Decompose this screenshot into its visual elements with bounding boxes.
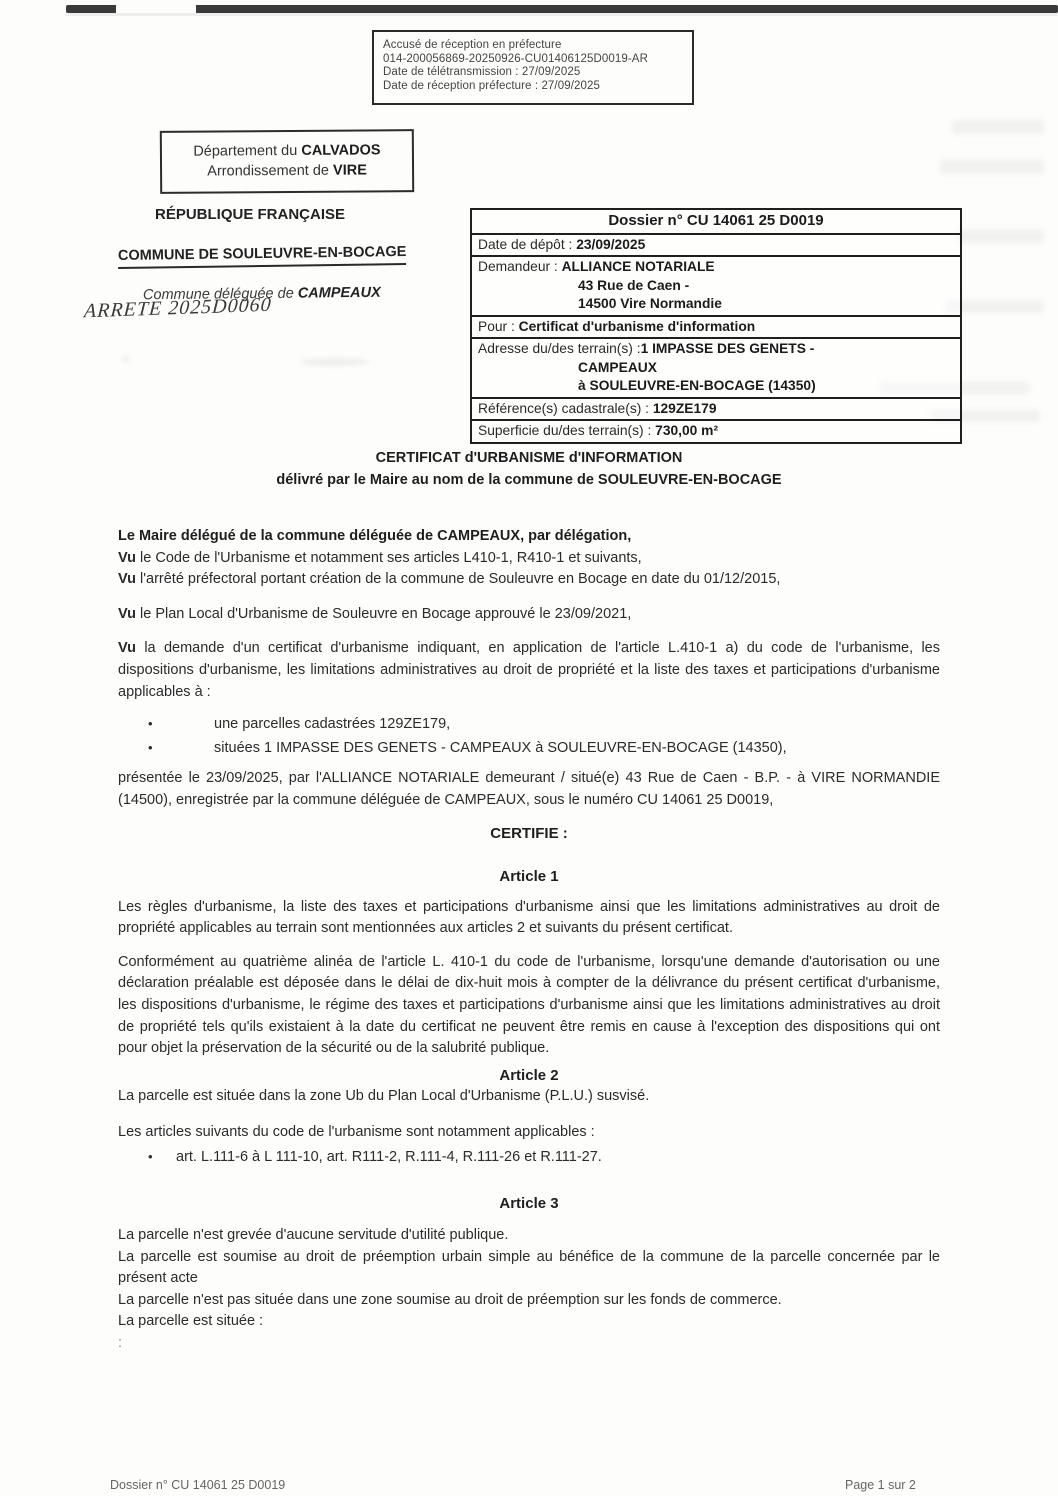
scan-smudge [122, 356, 130, 362]
scan-top-edge-shadow [66, 13, 1058, 16]
article-2-paragraph-2: Les articles suivants du code de l'urban… [118, 1122, 940, 1144]
department-name: CALVADOS [301, 142, 380, 159]
bleed-through-artifact [952, 120, 1044, 134]
commune-heading: COMMUNE DE SOULEUVRE-EN-BOCAGE [118, 244, 407, 269]
table-row-pour: Pour : Certificat d'urbanisme d'informat… [472, 315, 960, 338]
adresse-line2: CAMPEAUX [478, 359, 954, 378]
vu-line-4: Vu la demande d'un certificat d'urbanism… [118, 638, 940, 703]
list-item: •situées 1 IMPASSE DES GENETS - CAMPEAUX… [118, 736, 940, 760]
stamp-line: 014-200056869-20250926-CU01406125D0019-A… [383, 53, 683, 67]
date-depot-label: Date de dépôt : [478, 237, 576, 252]
reference-value: 129ZE179 [653, 401, 717, 416]
bleed-through-artifact [940, 160, 1044, 174]
department-line: Département du CALVADOS [164, 140, 410, 162]
arrondissement-line: Arrondissement de VIRE [164, 160, 410, 182]
dossier-number-header: Dossier n° CU 14061 25 D0019 [472, 210, 960, 233]
adresse-line1: Adresse du/des terrain(s) :1 IMPASSE DES… [478, 340, 954, 359]
article-3-heading: Article 3 [118, 1193, 940, 1215]
vu-line-1: Vu le Code de l'Urbanisme et notamment s… [118, 548, 940, 570]
department-box: Département du CALVADOS Arrondissement d… [160, 129, 414, 194]
demandeur-line1: Demandeur : ALLIANCE NOTARIALE [478, 258, 954, 277]
parcel-bullet-list: •une parcelles cadastrées 129ZE179, •sit… [118, 712, 940, 760]
prefecture-reception-stamp: Accusé de réception en préfecture 014-20… [372, 30, 694, 105]
article-3-paragraph-4: La parcelle est située : [118, 1311, 940, 1333]
article-2-heading: Article 2 [118, 1065, 940, 1087]
bullet-icon: • [148, 736, 162, 760]
article-2-paragraph-1: La parcelle est située dans la zone Ub d… [118, 1086, 940, 1108]
bleed-through-artifact [958, 230, 1044, 243]
presentee-paragraph: présentée le 23/09/2025, par l'ALLIANCE … [118, 768, 940, 811]
vu-text: l'arrêté préfectoral portant création de… [136, 571, 780, 587]
vu-label: Vu [118, 606, 136, 622]
pour-value: Certificat d'urbanisme d'information [519, 319, 756, 334]
list-item: •une parcelles cadastrées 129ZE179, [118, 712, 940, 736]
table-row-date-depot: Date de dépôt : 23/09/2025 [472, 233, 960, 256]
dossier-summary-table: Dossier n° CU 14061 25 D0019 Date de dép… [470, 208, 962, 444]
reference-label: Référence(s) cadastrale(s) : [478, 401, 653, 416]
articles-bullet-list: •art. L.111-6 à L 111-10, art. R111-2, R… [118, 1145, 940, 1169]
stamp-line: Date de télétransmission : 27/09/2025 [383, 66, 683, 80]
arrondissement-name: VIRE [333, 162, 367, 178]
commune-deleguee-name: CAMPEAUX [298, 285, 381, 302]
vu-text: la demande d'un certificat d'urbanisme i… [118, 640, 940, 699]
vu-line-3: Vu le Plan Local d'Urbanisme de Souleuvr… [118, 604, 940, 626]
opening-block: Le Maire délégué de la commune déléguée … [118, 526, 940, 591]
stamp-line: Date de réception préfecture : 27/09/202… [383, 80, 683, 94]
vu-label: Vu [118, 640, 136, 656]
demandeur-name: ALLIANCE NOTARIALE [562, 259, 715, 274]
arrondissement-label: Arrondissement de [207, 163, 333, 180]
table-row-superficie: Superficie du/des terrain(s) : 730,00 m² [472, 419, 960, 442]
article-1-paragraph-1: Les règles d'urbanisme, la liste des tax… [118, 897, 940, 940]
demandeur-city-line: 14500 Vire Normandie [478, 295, 954, 314]
stamp-line: Accusé de réception en préfecture [383, 39, 683, 53]
bullet-text: situées 1 IMPASSE DES GENETS - CAMPEAUX … [214, 736, 787, 760]
vu-text: le Plan Local d'Urbanisme de Souleuvre e… [136, 606, 631, 622]
article-1-heading: Article 1 [118, 866, 940, 888]
article-1-paragraph-2: Conformément au quatrième alinéa de l'ar… [118, 952, 940, 1060]
superficie-value: 730,00 m² [655, 423, 718, 438]
bullet-icon: • [148, 712, 162, 736]
demandeur-address-line: 43 Rue de Caen - [478, 277, 954, 296]
scanned-document-page: Accusé de réception en préfecture 014-20… [0, 0, 1058, 1496]
bullet-icon: • [148, 1145, 162, 1169]
article-3-paragraph-2: La parcelle est soumise au droit de prée… [118, 1247, 940, 1290]
certificate-title-line2: délivré par le Maire au nom de la commun… [118, 470, 940, 492]
table-row-reference-cadastrale: Référence(s) cadastrale(s) : 129ZE179 [472, 397, 960, 420]
adresse-label: Adresse du/des terrain(s) : [478, 341, 641, 356]
certifie-heading: CERTIFIE : [118, 823, 940, 845]
certificate-title: CERTIFICAT d'URBANISME d'INFORMATION dél… [118, 448, 940, 491]
article-3-paragraph-1: La parcelle n'est grevée d'aucune servit… [118, 1225, 940, 1247]
scan-top-edge-artifact [66, 5, 1058, 13]
vu-text: le Code de l'Urbanisme et notamment ses … [136, 550, 642, 566]
opening-line: Le Maire délégué de la commune déléguée … [118, 526, 940, 548]
republique-francaise-heading: RÉPUBLIQUE FRANÇAISE [120, 206, 380, 223]
demandeur-label: Demandeur : [478, 259, 562, 274]
adresse-value: 1 IMPASSE DES GENETS - [641, 341, 815, 356]
vu-label: Vu [118, 550, 136, 566]
date-depot-value: 23/09/2025 [576, 237, 645, 252]
vu-label: Vu [118, 571, 136, 587]
article-3-paragraph-3: La parcelle n'est pas située dans une zo… [118, 1290, 940, 1312]
article-3-trailing-colon: : [118, 1333, 940, 1355]
table-row-adresse-terrain: Adresse du/des terrain(s) :1 IMPASSE DES… [472, 337, 960, 397]
footer-page-number: Page 1 sur 2 [845, 1478, 916, 1492]
pour-label: Pour : [478, 319, 519, 334]
bullet-text: art. L.111-6 à L 111-10, art. R111-2, R.… [176, 1145, 602, 1169]
handwritten-arrete-number: ARRETE 2025D0060 [83, 294, 272, 324]
department-label: Département du [193, 143, 301, 160]
certificate-body: CERTIFICAT d'URBANISME d'INFORMATION dél… [118, 448, 940, 1355]
scan-smudge [300, 358, 370, 366]
adresse-line3: à SOULEUVRE-EN-BOCAGE (14350) [478, 377, 954, 396]
footer-dossier-number: Dossier n° CU 14061 25 D0019 [110, 1478, 285, 1492]
bullet-text: une parcelles cadastrées 129ZE179, [214, 712, 450, 736]
certificate-title-line1: CERTIFICAT d'URBANISME d'INFORMATION [118, 448, 940, 470]
superficie-label: Superficie du/des terrain(s) : [478, 423, 655, 438]
list-item: •art. L.111-6 à L 111-10, art. R111-2, R… [118, 1145, 940, 1169]
vu-line-2: Vu l'arrêté préfectoral portant création… [118, 569, 940, 591]
table-row-demandeur: Demandeur : ALLIANCE NOTARIALE 43 Rue de… [472, 255, 960, 315]
